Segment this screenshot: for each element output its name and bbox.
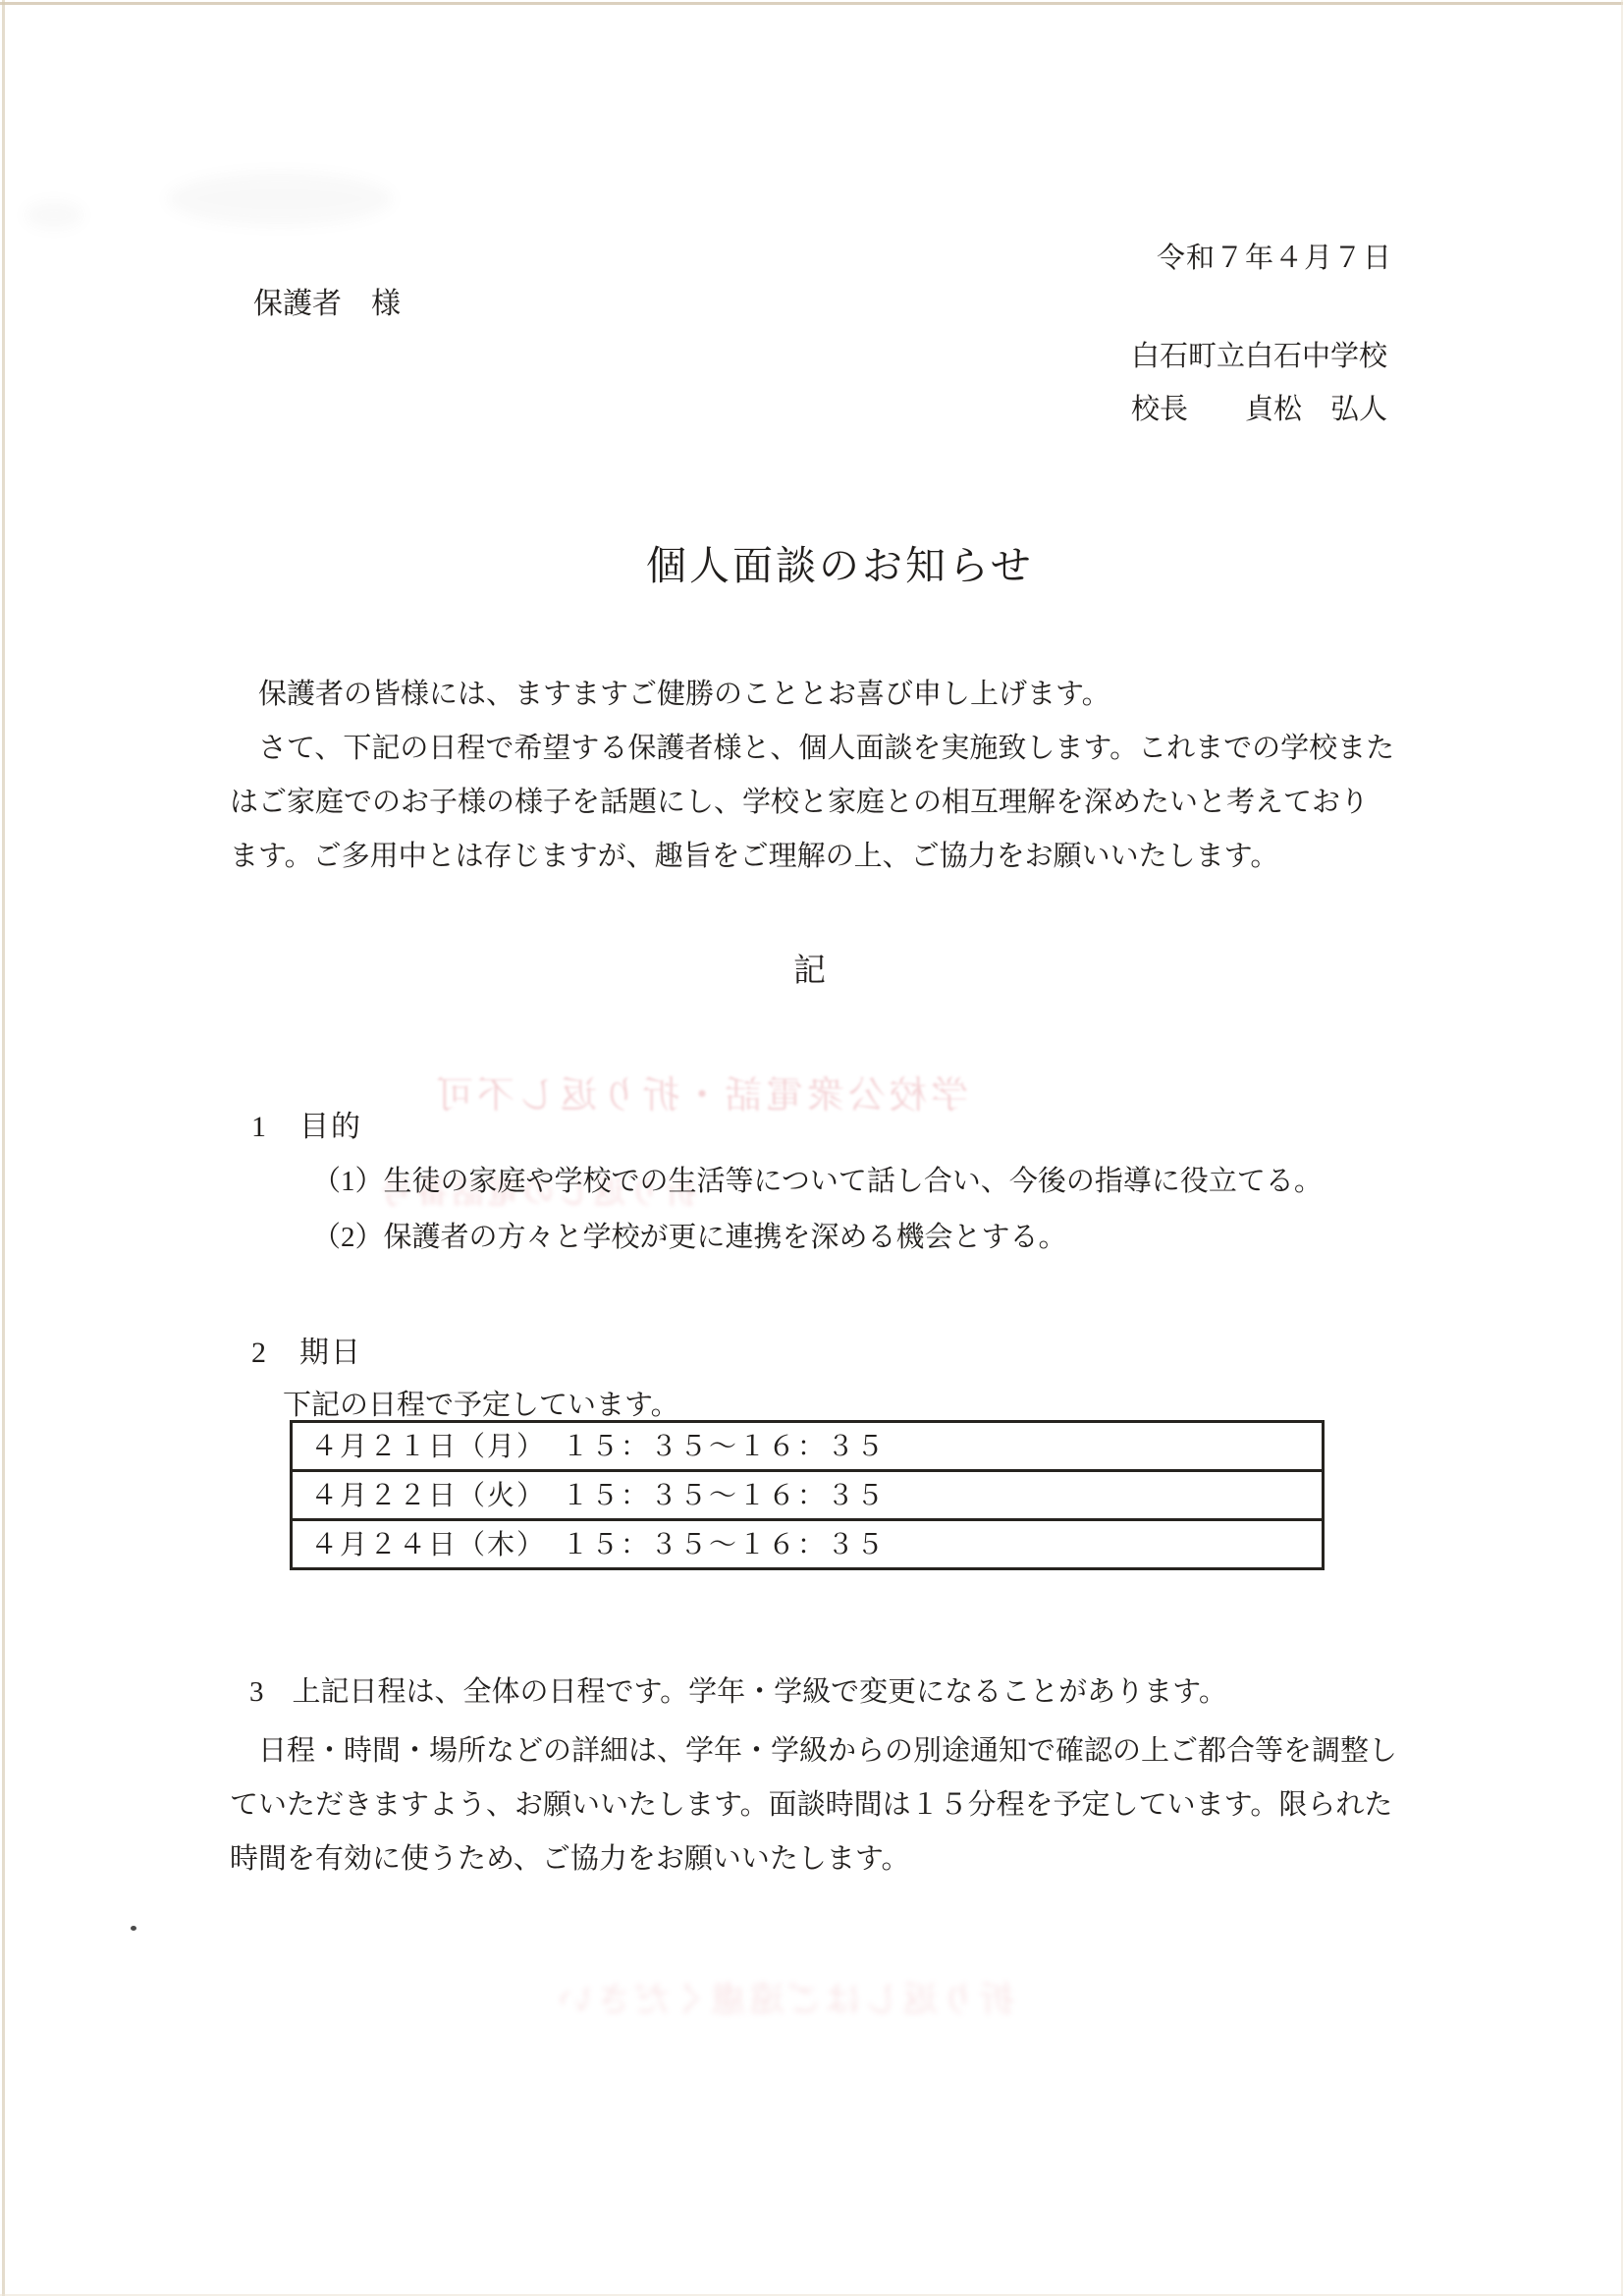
section1-heading: 1 目的 (251, 1102, 362, 1145)
section3-line: 日程・時間・場所などの詳細は、学年・学級からの別途通知で確認の上ご都合等を調整し (230, 1724, 1397, 1778)
intro-line: さて、下記の日程で希望する保護者様と、個人面談を実施致します。これまでの学校また (230, 722, 1394, 776)
schedule-table: ４月２１日（月） １５：３５～１６：３５ ４月２２日（火） １５：３５～１６：３… (290, 1420, 1325, 1570)
section3-line: 時間を有効に使うため、ご協力をお願いいたします。 (230, 1832, 1397, 1886)
section2-note: 下記の日程で予定しています。 (283, 1383, 679, 1423)
scanned-letter-page: 令和７年４月７日 保護者 様 白石町立白石中学校 校長 貞松 弘人 個人面談のお… (0, 0, 1623, 2296)
addressee: 保護者 様 (253, 279, 401, 322)
bleed-through-text: 折り返しはご遠慮ください (555, 1972, 1014, 2022)
intro-paragraph: 保護者の皆様には、ますますご健勝のこととお喜び申し上げます。 さて、下記の日程で… (230, 668, 1394, 884)
section3-line: ていただきますよう、お願いいたします。面談時間は１５分程を予定しています。限られ… (230, 1778, 1397, 1832)
intro-line: 保護者の皆様には、ますますご健勝のこととお喜び申し上げます。 (230, 668, 1394, 722)
bleed-through-text: 学校公衆電話・折り返し不可 (432, 1065, 968, 1119)
intro-line: はご家庭でのお子様の様子を話題にし、学校と家庭との相互理解を深めたいと考えており (230, 776, 1394, 830)
intro-line: ます。ご多用中とは存じますが、趣旨をご理解の上、ご協力をお願いいたします。 (230, 830, 1394, 884)
section2-heading: 2 期日 (251, 1328, 362, 1371)
section3-heading: 3 上記日程は、全体の日程です。学年・学級で変更になることがあります。 (249, 1669, 1227, 1710)
sender-school-name: 白石町立白石中学校 (1131, 334, 1387, 374)
scan-smudge (25, 201, 83, 229)
section1-item: （2）保護者の方々と学校が更に連携を深める機会とする。 (312, 1215, 1067, 1255)
section3-paragraph: 日程・時間・場所などの詳細は、学年・学級からの別途通知で確認の上ご都合等を調整し… (230, 1724, 1397, 1886)
section1-item: （1）生徒の家庭や学校での生活等について話し合い、今後の指導に役立てる。 (312, 1159, 1323, 1199)
schedule-row: ４月２１日（月） １５：３５～１６：３５ (293, 1423, 1322, 1469)
scan-edge-top (0, 2, 1623, 5)
record-marker: 記 (793, 945, 826, 991)
schedule-row: ４月２２日（火） １５：３５～１６：３５ (293, 1469, 1322, 1518)
sender-principal-name: 校長 貞松 弘人 (1131, 387, 1387, 427)
scan-edge-left (2, 0, 5, 2296)
scan-speck (131, 1926, 136, 1931)
scan-smudge (167, 172, 393, 226)
schedule-row: ４月２４日（木） １５：３５～１６：３５ (293, 1518, 1322, 1567)
letter-date: 令和７年４月７日 (1157, 236, 1392, 276)
letter-title: 個人面談のお知らせ (646, 533, 1034, 591)
